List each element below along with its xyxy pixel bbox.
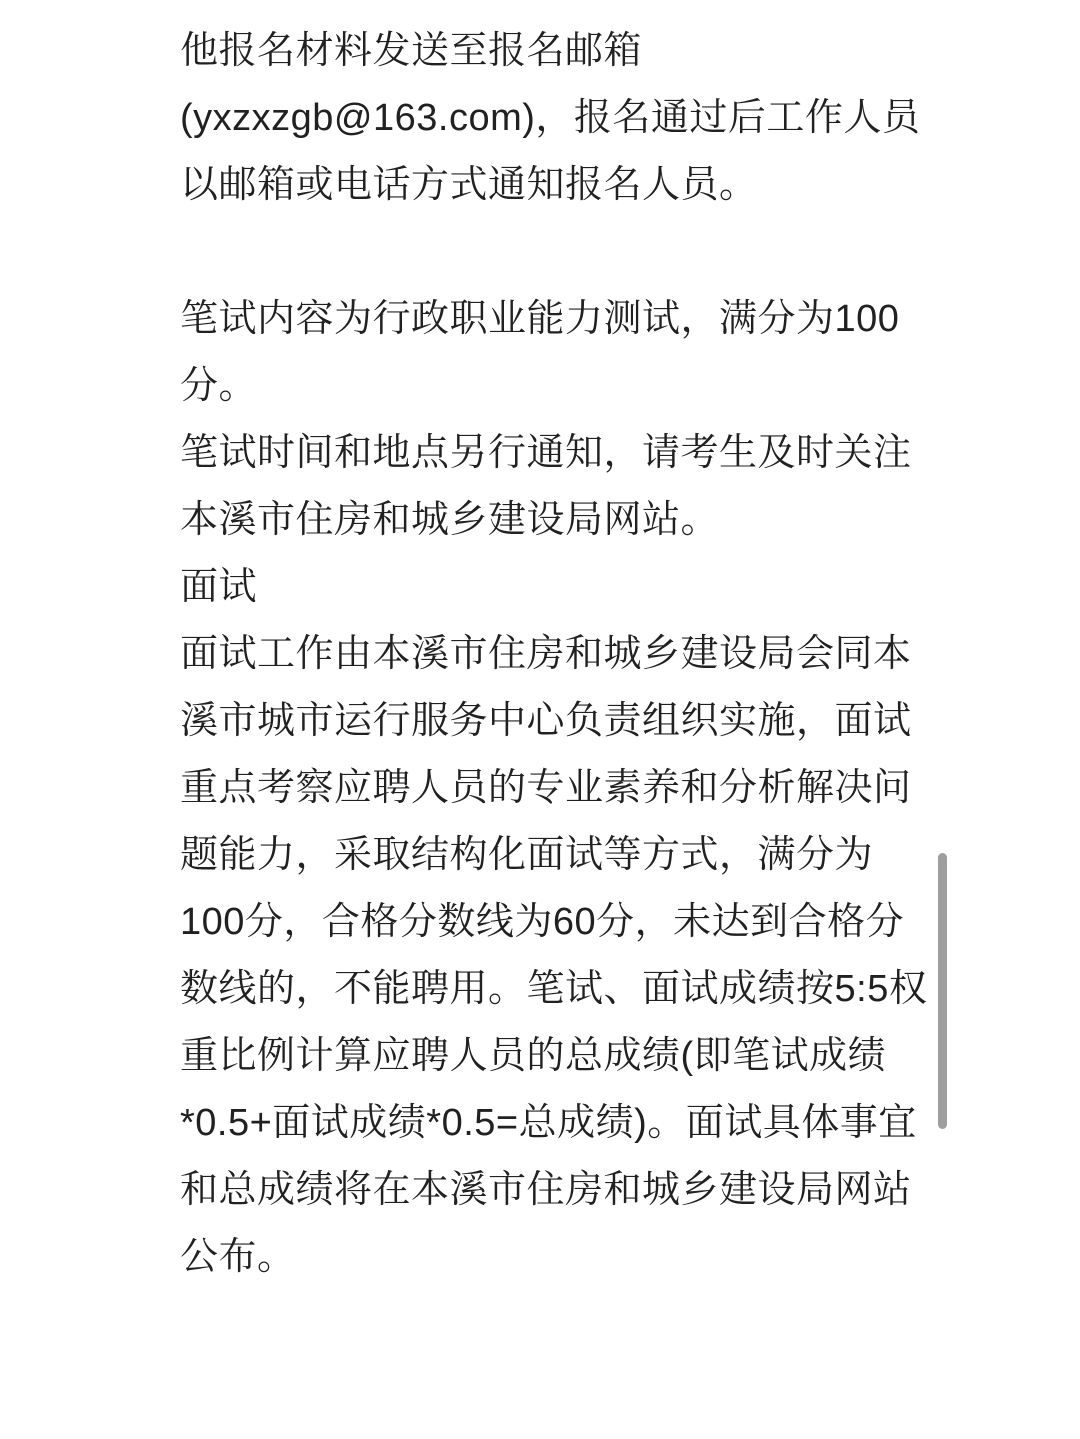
text-line: 数线的，不能聘用。笔试、面试成绩按5:5权	[180, 956, 940, 1023]
article-text: 他报名材料发送至报名邮箱 (yxzxzgb@163.com)，报名通过后工作人员…	[180, 18, 940, 1291]
text-line: 题能力，采取结构化面试等方式，满分为	[180, 822, 940, 889]
text-line: 100分，合格分数线为60分，未达到合格分	[180, 889, 940, 956]
text-line-blank	[180, 219, 940, 286]
text-line: 溪市城市运行服务中心负责组织实施，面试	[180, 688, 940, 755]
text-line: 他报名材料发送至报名邮箱	[180, 18, 940, 85]
text-line: 笔试内容为行政职业能力测试，满分为100	[180, 286, 940, 353]
text-line: 本溪市住房和城乡建设局网站。	[180, 487, 940, 554]
text-line: 公布。	[180, 1224, 940, 1291]
text-line: 和总成绩将在本溪市住房和城乡建设局网站	[180, 1157, 940, 1224]
text-line: 重比例计算应聘人员的总成绩(即笔试成绩	[180, 1023, 940, 1090]
text-line: 笔试时间和地点另行通知，请考生及时关注	[180, 420, 940, 487]
scrollbar-thumb[interactable]	[938, 853, 947, 1129]
text-line: 面试工作由本溪市住房和城乡建设局会同本	[180, 621, 940, 688]
text-line: 以邮箱或电话方式通知报名人员。	[180, 152, 940, 219]
text-line: *0.5+面试成绩*0.5=总成绩)。面试具体事宜	[180, 1090, 940, 1157]
text-line: 面试	[180, 554, 940, 621]
text-line: (yxzxzgb@163.com)，报名通过后工作人员	[180, 85, 940, 152]
text-line: 分。	[180, 353, 940, 420]
text-line: 重点考察应聘人员的专业素养和分析解决问	[180, 755, 940, 822]
page: 他报名材料发送至报名邮箱 (yxzxzgb@163.com)，报名通过后工作人员…	[0, 0, 1080, 1439]
